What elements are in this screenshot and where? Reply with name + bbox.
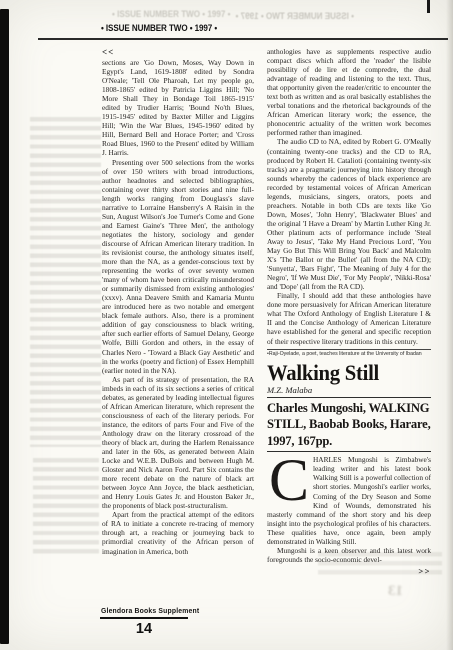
scan-edge-bar: [0, 9, 9, 644]
bleedthrough-header-ghost-mirrored: • ISSUE NUMBER TWO • 1997 •: [252, 11, 354, 22]
right-column: anthologies have as supplements respecti…: [267, 47, 431, 576]
scan-edge-shadow: [446, 0, 453, 650]
continued-from-marker: <<: [102, 47, 254, 58]
body-paragraph: Finally, I should add that these antholo…: [267, 291, 431, 345]
book-citation: Charles Mungoshi, WALKING STILL, Baobab …: [267, 400, 431, 449]
body-paragraph: sections are 'Go Down, Moses, Way Down i…: [102, 58, 254, 158]
article-reviewer: M.Z. Malaba: [267, 385, 431, 396]
page-number: 14: [100, 621, 188, 637]
running-head: • ISSUE NUMBER TWO • 1997 •: [101, 23, 217, 34]
body-paragraph: The audio CD to NA, edited by Robert G. …: [267, 137, 431, 291]
footer-imprint: Glendora Books Supplement: [101, 606, 199, 615]
drop-cap: C: [267, 457, 311, 502]
scanned-magazine-page: • ISSUE NUMBER TWO • 1997 • • ISSUE NUMB…: [0, 0, 453, 650]
two-column-body: << sections are 'Go Down, Moses, Way Dow…: [102, 47, 431, 576]
header-rule: [38, 38, 448, 40]
body-paragraph: Apart from the practical attempt of the …: [102, 510, 254, 555]
bleedthrough-page-number: 13: [388, 583, 403, 600]
article-paragraph: CHARLES Mungoshi is Zimbabwe's leading w…: [267, 455, 431, 545]
body-paragraph: anthologies have as supplements respecti…: [267, 47, 431, 137]
bleedthrough-header-ghost: • ISSUE NUMBER TWO • 1997 •: [112, 9, 230, 20]
bleedthrough-text-left-lower: [33, 458, 99, 556]
footnote-rule: [267, 349, 431, 350]
bleedthrough-text-bottom-right: [318, 552, 442, 576]
footer-rule: [100, 617, 188, 619]
article-title: Walking Still: [267, 361, 418, 385]
left-column: << sections are 'Go Down, Moses, Way Dow…: [102, 47, 254, 576]
bleedthrough-text-left: [30, 117, 101, 447]
body-paragraph: As part of its strategy of presentation,…: [102, 375, 254, 511]
body-paragraph: Presenting over 500 selections from the …: [102, 158, 254, 375]
citation-rule-top: [267, 397, 431, 398]
scan-corner-mark: [427, 0, 430, 13]
reviewer-footnote: •Raji-Oyelade, a poet, teaches literatur…: [267, 351, 426, 358]
